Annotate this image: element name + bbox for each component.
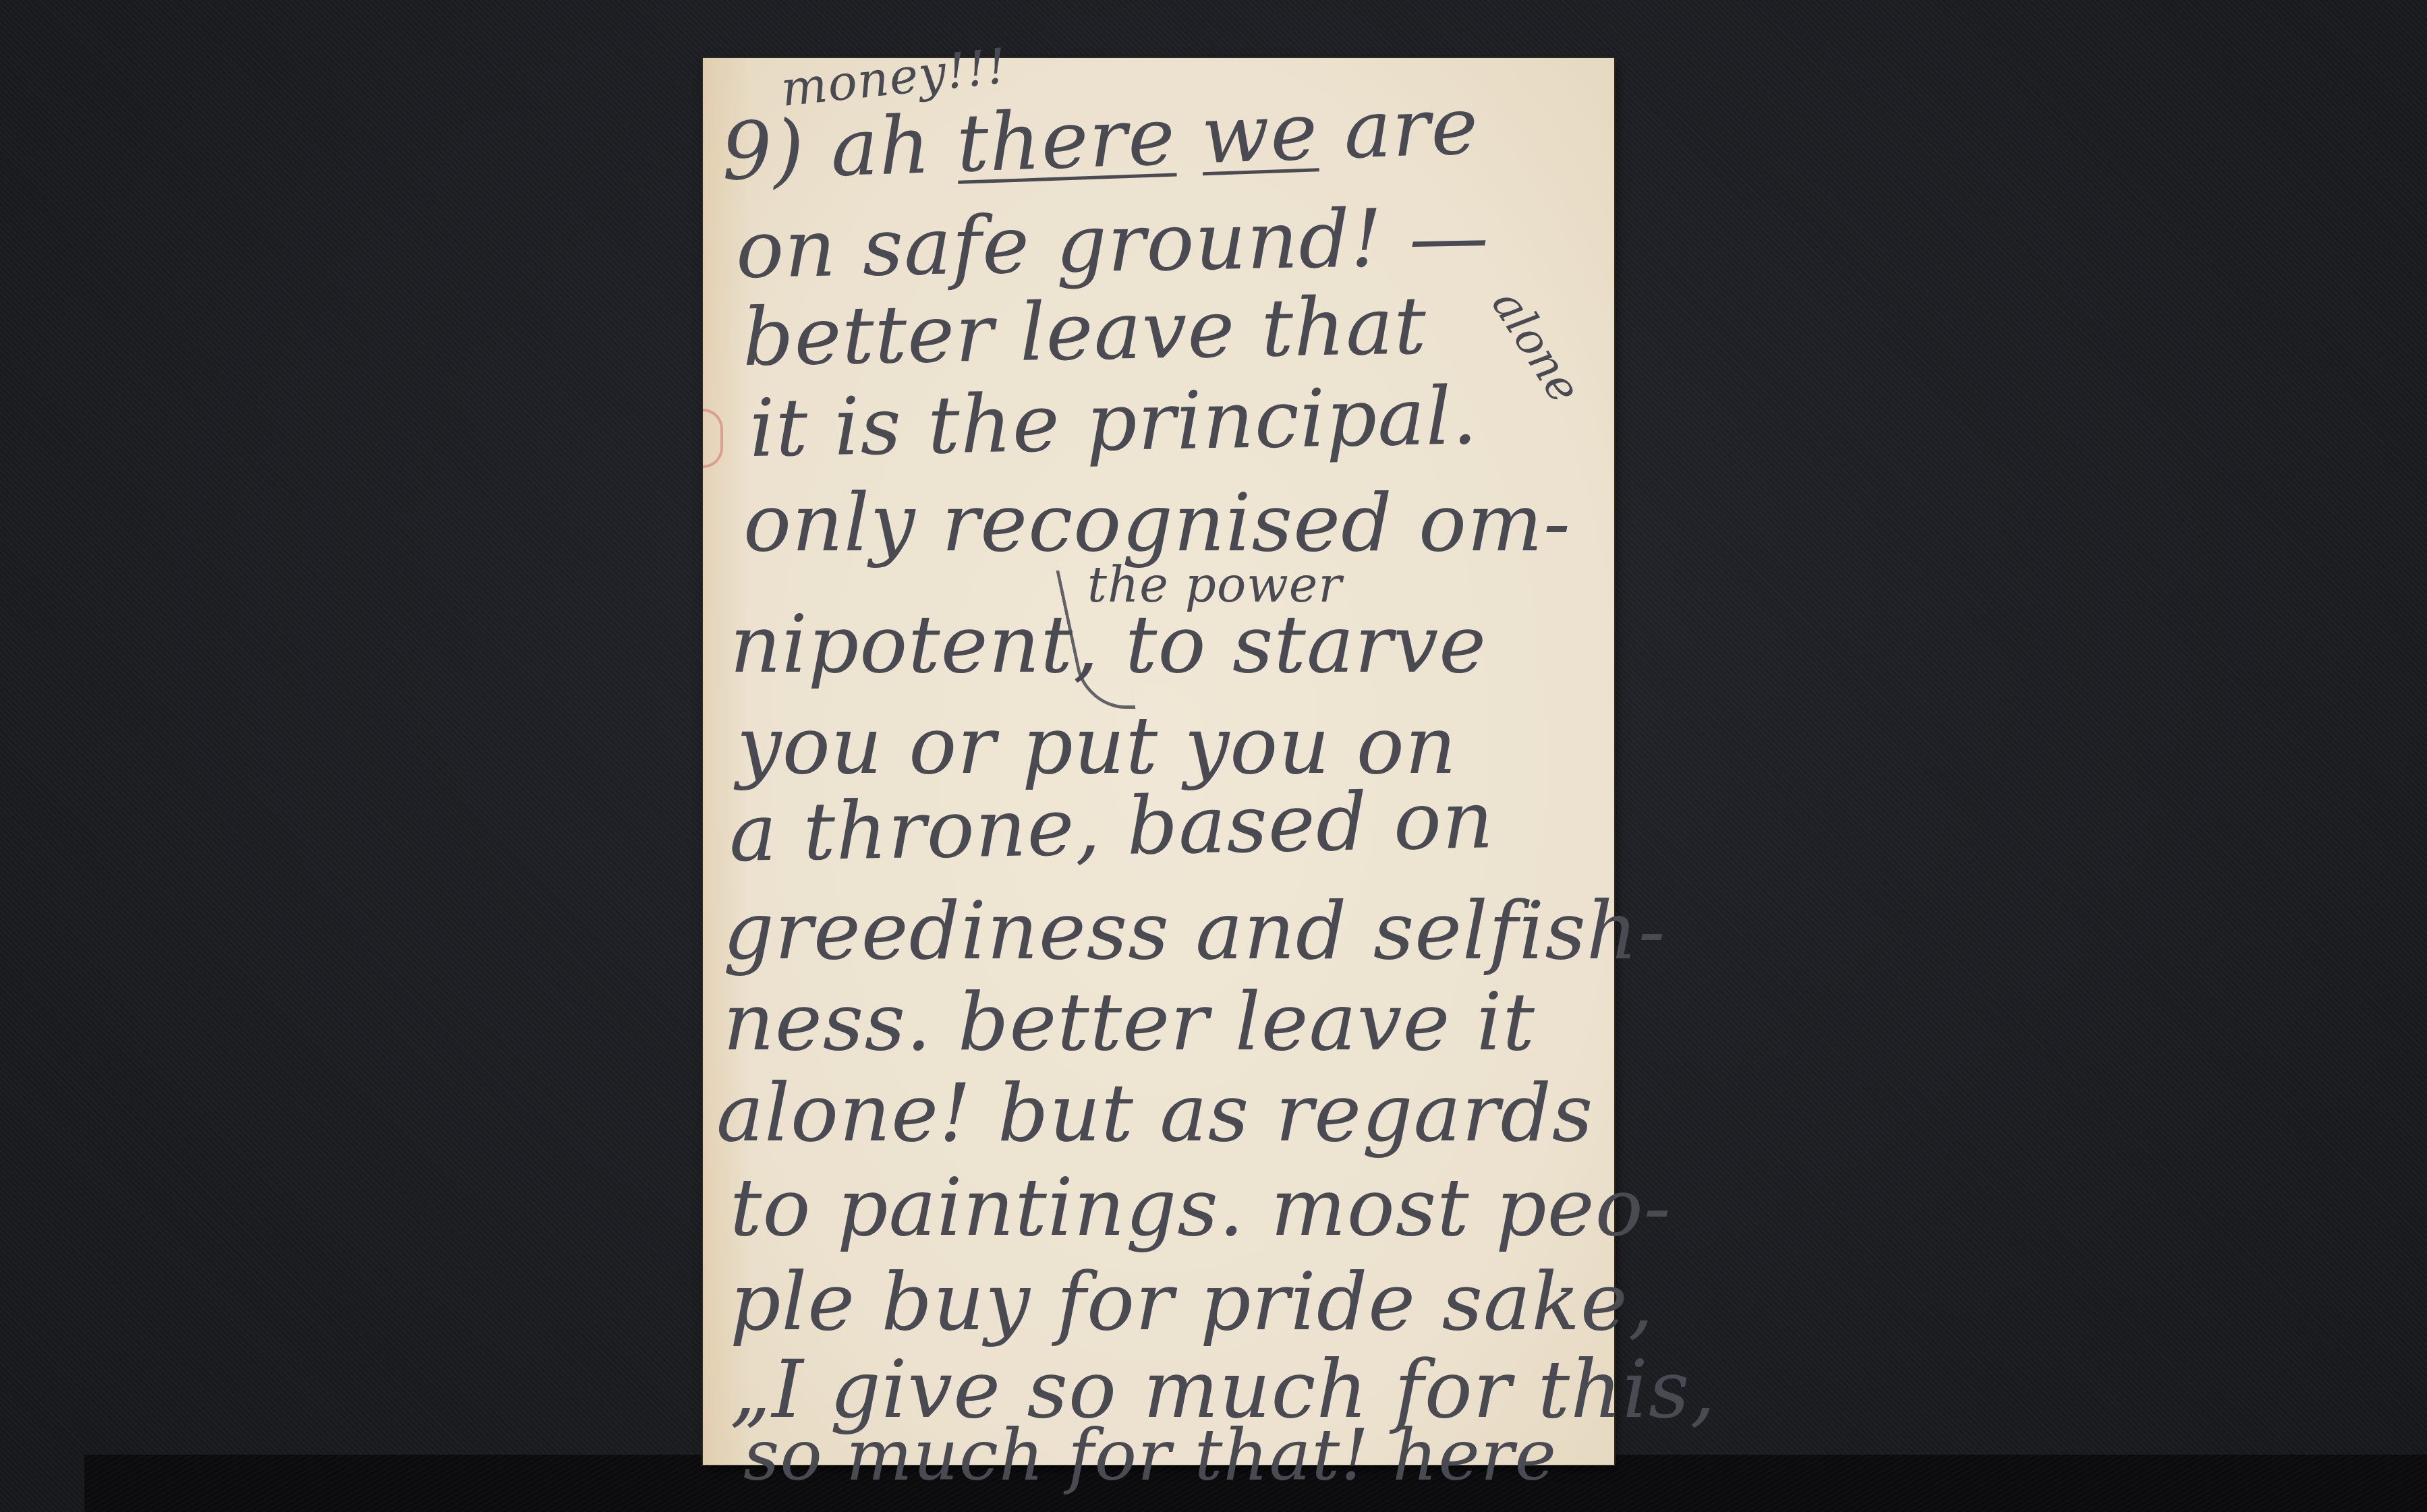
manuscript-line-9: greediness and selfish- [723, 891, 1666, 970]
manuscript-line-8: a throne, based on [729, 780, 1495, 873]
manuscript-page: money!!! 9) ah there we are on safe grou… [703, 58, 1614, 1465]
manuscript-line-4: it is the principal. [749, 376, 1479, 468]
manuscript-line-13: ple buy for pride sake, [730, 1262, 1654, 1341]
manuscript-line-15: so much for that! here [743, 1420, 1557, 1490]
manuscript-line-10: ness. better leave it [723, 982, 1535, 1062]
manuscript-line-2: on safe ground! — [735, 197, 1490, 289]
red-stamp-mark [703, 409, 723, 468]
manuscript-line-1: 9) ah there we are [720, 86, 1480, 192]
image-viewer: money!!! 9) ah there we are on safe grou… [0, 0, 2427, 1512]
margin-note-alone: alone [1482, 281, 1591, 412]
word: ah [829, 98, 932, 194]
word: are [1342, 79, 1480, 177]
manuscript-line-11: alone! but as regards [716, 1073, 1593, 1153]
underlined-word-we: we [1200, 84, 1320, 181]
manuscript-line-7: you or put you on [737, 705, 1457, 785]
underlined-word-there: there [955, 90, 1177, 190]
manuscript-line-12: to paintings. most peo- [730, 1167, 1672, 1247]
manuscript-line-6: nipotent, to starve [730, 604, 1487, 684]
manuscript-line-3: better leave that [742, 285, 1427, 377]
page-number-marker: 9) [720, 103, 807, 198]
manuscript-line-5: only recognised om- [743, 483, 1571, 562]
